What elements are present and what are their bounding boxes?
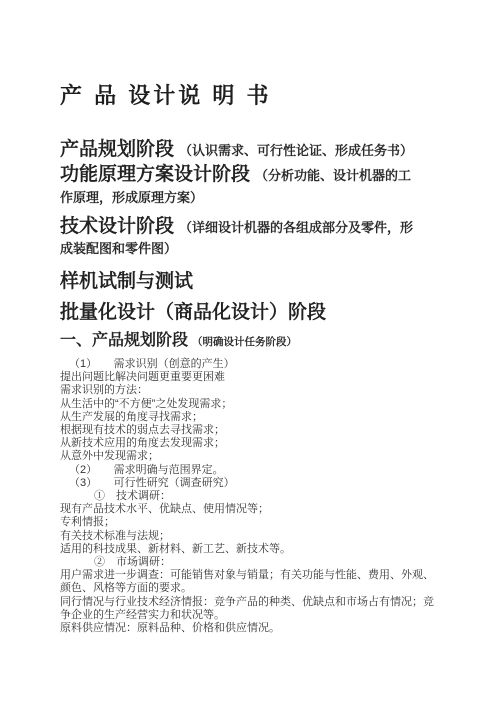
body-line: ② 市场调研： bbox=[60, 556, 472, 569]
body-line: 从生产发展的角度寻找需求； bbox=[60, 411, 472, 424]
body-line: 颜色、风格等方面的要求。 bbox=[60, 582, 472, 595]
heading-batch-design: 批量化设计（商品化设计）阶段 bbox=[60, 300, 472, 325]
body-line: 适用的科技成果、新材料、新工艺、新技术等。 bbox=[60, 543, 472, 556]
section-title: 一、产品规划阶段 bbox=[60, 332, 188, 349]
body-line: 争企业的生产经营实力和状况等。 bbox=[60, 609, 472, 622]
heading-note: （分析功能、设计机器的工 bbox=[255, 168, 411, 183]
heading-text: 批量化设计（商品化设计）阶段 bbox=[60, 302, 326, 323]
body-line: 从新技术应用的角度去发现需求； bbox=[60, 437, 472, 450]
heading-text: 功能原理方案设计阶段 bbox=[60, 164, 250, 185]
body-line: ① 技术调研： bbox=[60, 490, 472, 503]
body-line: （3） 可行性研究（调查研究） bbox=[60, 477, 472, 490]
heading-technical-design-cont: 成装配图和零件图） bbox=[60, 241, 472, 257]
body-line: 根据现有技术的弱点去寻找需求； bbox=[60, 424, 472, 437]
body-line: 有关技术标准与法规； bbox=[60, 530, 472, 543]
heading-note: （详细设计机器的各组成部分及零件，形 bbox=[179, 220, 413, 235]
body-line: 原料供应情况：原料品种、价格和供应情况。 bbox=[60, 622, 472, 635]
heading-prototype-testing: 样机试制与测试 bbox=[60, 269, 472, 294]
body-text-block: （1） 需求识别（创意的产生） 提出问题比解决问题更重要更困难 需求识别的方法：… bbox=[60, 358, 472, 635]
body-line: （1） 需求识别（创意的产生） bbox=[60, 358, 472, 371]
heading-functional-principle-cont: 作原理，形成原理方案） bbox=[60, 190, 472, 206]
document-page: 产 品 设计说 明 书 产品规划阶段（认识需求、可行性论证、形成任务书） 功能原… bbox=[0, 0, 500, 708]
body-line: 提出问题比解决问题更重要更困难 bbox=[60, 371, 472, 384]
body-line: 从意外中发现需求； bbox=[60, 450, 472, 463]
body-line: 从生活中的“不方便”之处发现需求； bbox=[60, 398, 472, 411]
heading-text: 样机试制与测试 bbox=[60, 271, 193, 292]
heading-text: 技术设计阶段 bbox=[60, 216, 174, 237]
document-title: 产 品 设计说 明 书 bbox=[60, 84, 472, 108]
body-line: （2） 需求明确与范围界定。 bbox=[60, 464, 472, 477]
body-line: 现有产品技术水平、优缺点、使用情况等； bbox=[60, 503, 472, 516]
body-line: 专利情报； bbox=[60, 516, 472, 529]
heading-functional-principle: 功能原理方案设计阶段（分析功能、设计机器的工 bbox=[60, 162, 472, 187]
section-note: （明确设计任务阶段） bbox=[192, 336, 297, 348]
body-line: 需求识别的方法： bbox=[60, 384, 472, 397]
section-heading-product-planning: 一、产品规划阶段（明确设计任务阶段） bbox=[60, 330, 472, 352]
heading-text: 产品规划阶段 bbox=[60, 139, 174, 160]
body-line: 同行情况与行业技术经济情报：竞争产品的种类、优缺点和市场占有情况；竞 bbox=[60, 596, 472, 609]
heading-note: （认识需求、可行性论证、形成任务书） bbox=[179, 143, 413, 158]
heading-product-planning: 产品规划阶段（认识需求、可行性论证、形成任务书） bbox=[60, 137, 472, 162]
heading-technical-design: 技术设计阶段（详细设计机器的各组成部分及零件，形 bbox=[60, 214, 472, 239]
body-line: 用户需求进一步调查：可能销售对象与销量；有关功能与性能、费用、外观、 bbox=[60, 569, 472, 582]
